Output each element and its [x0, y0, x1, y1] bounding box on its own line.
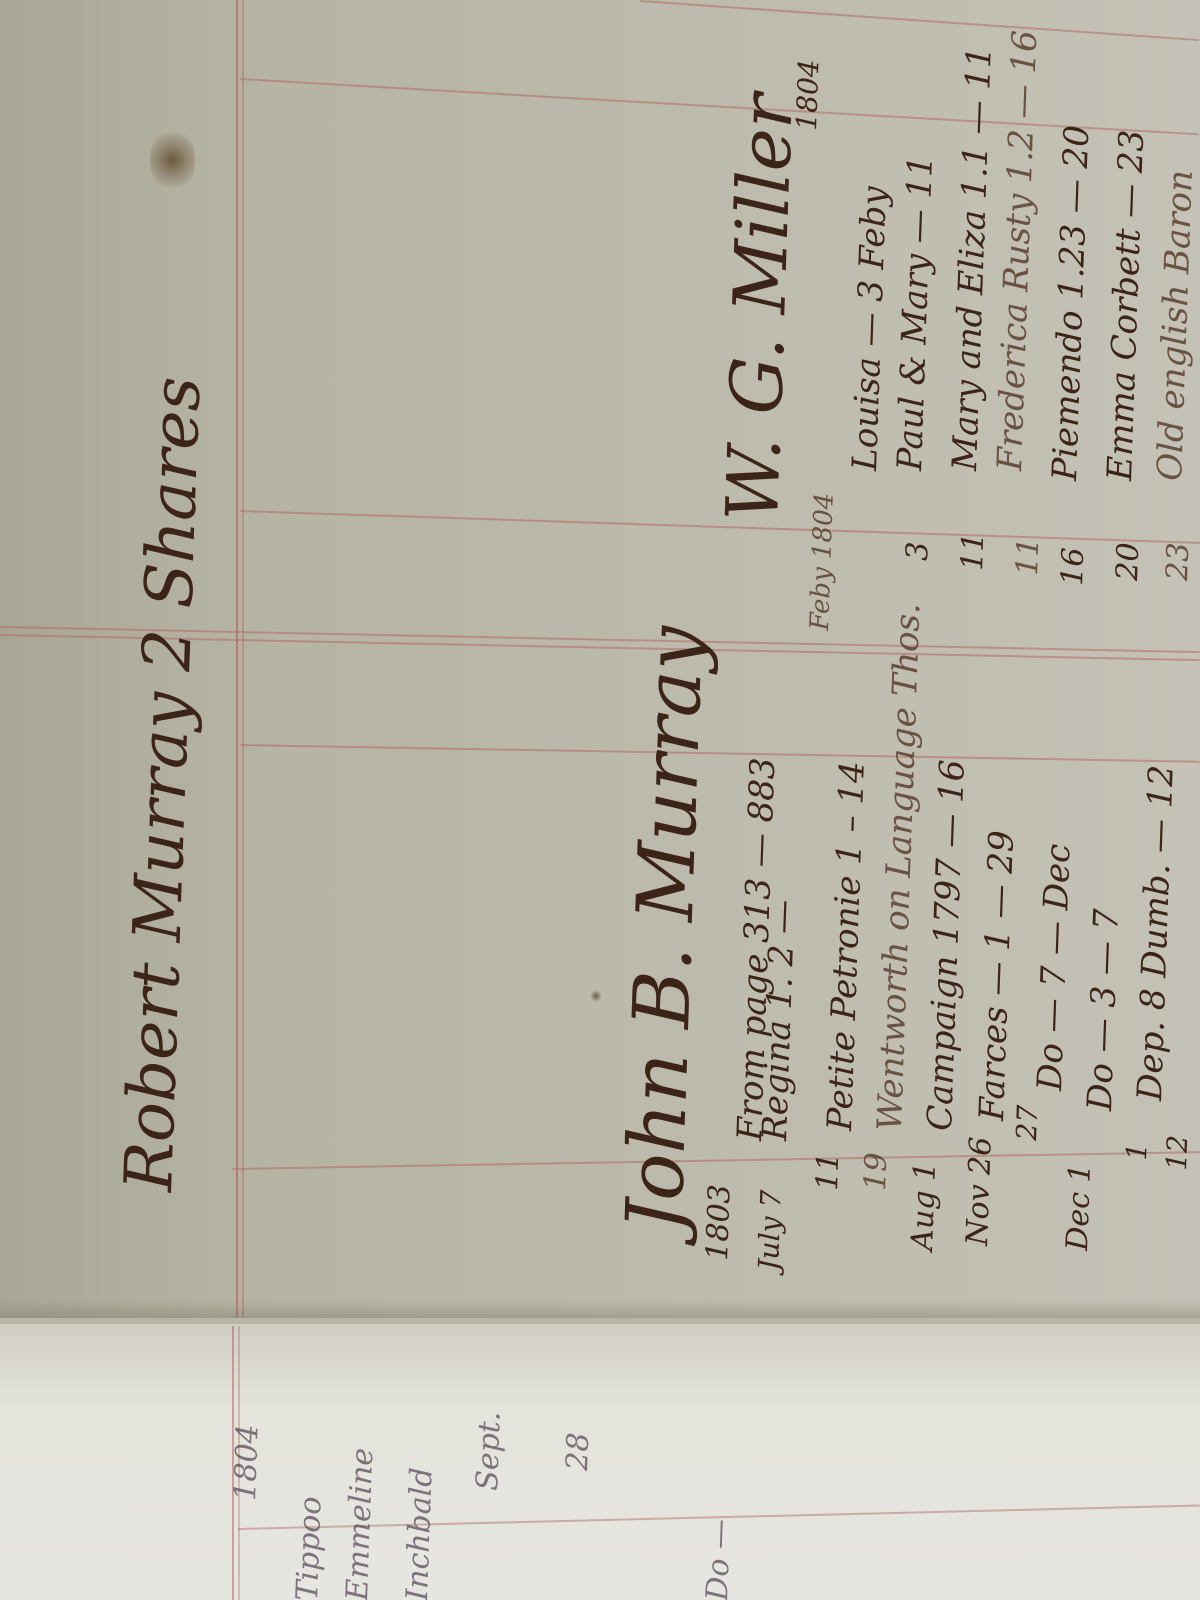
center-entry-date-8: 1: [1120, 1142, 1154, 1161]
right-entry-date-5: 20: [1110, 542, 1146, 581]
margin-rule: [236, 0, 238, 1320]
lower-page-fragment: Sept.: [470, 1411, 508, 1491]
center-entry-date-9: 12: [1160, 1134, 1194, 1171]
center-entry-date-2: 11: [810, 1152, 846, 1191]
ink-stain: [150, 125, 195, 195]
margin-rule: [242, 0, 244, 1320]
center-entry-date-4: Aug 1: [905, 1161, 943, 1251]
center-entry-date-5: Nov 26: [960, 1136, 999, 1246]
center-entry-7: Do — 3 — 7: [1080, 908, 1127, 1112]
right-column-year: 1804: [790, 59, 825, 131]
right-column-heading: W. G. Miller: [710, 93, 809, 523]
center-entry-date-3: 19: [858, 1152, 894, 1191]
center-entry-1: Regina 1. 2 —: [755, 899, 803, 1141]
right-entry-date-3: 11: [1010, 537, 1046, 576]
center-entry-date-1: July 7: [752, 1189, 788, 1271]
right-entry-date-1: 3: [900, 541, 936, 561]
lower-page-fragment: Emmeline: [340, 1447, 380, 1600]
right-entry-date-0: Feby 1804: [805, 492, 840, 631]
lower-page-fragment: Tippoo: [290, 1496, 329, 1600]
right-entry-date-4: 16: [1055, 547, 1091, 586]
ink-stain: [590, 990, 602, 1002]
lower-page-year: 1804: [228, 1424, 266, 1502]
center-column-year: 1803: [700, 1184, 738, 1262]
center-entry-date-7: Dec 1: [1060, 1163, 1098, 1251]
ledger-page-bottom: [0, 1318, 1200, 1600]
lower-page-fragment: Inchbald: [400, 1467, 440, 1600]
center-entry-date-6: 27: [1010, 1104, 1044, 1141]
right-entry-date-2: 11: [955, 532, 991, 571]
right-entry-date-6: 23: [1160, 542, 1196, 581]
lower-page-fragment: 28: [560, 1432, 596, 1471]
lower-page-fragment: Do —: [700, 1518, 738, 1600]
